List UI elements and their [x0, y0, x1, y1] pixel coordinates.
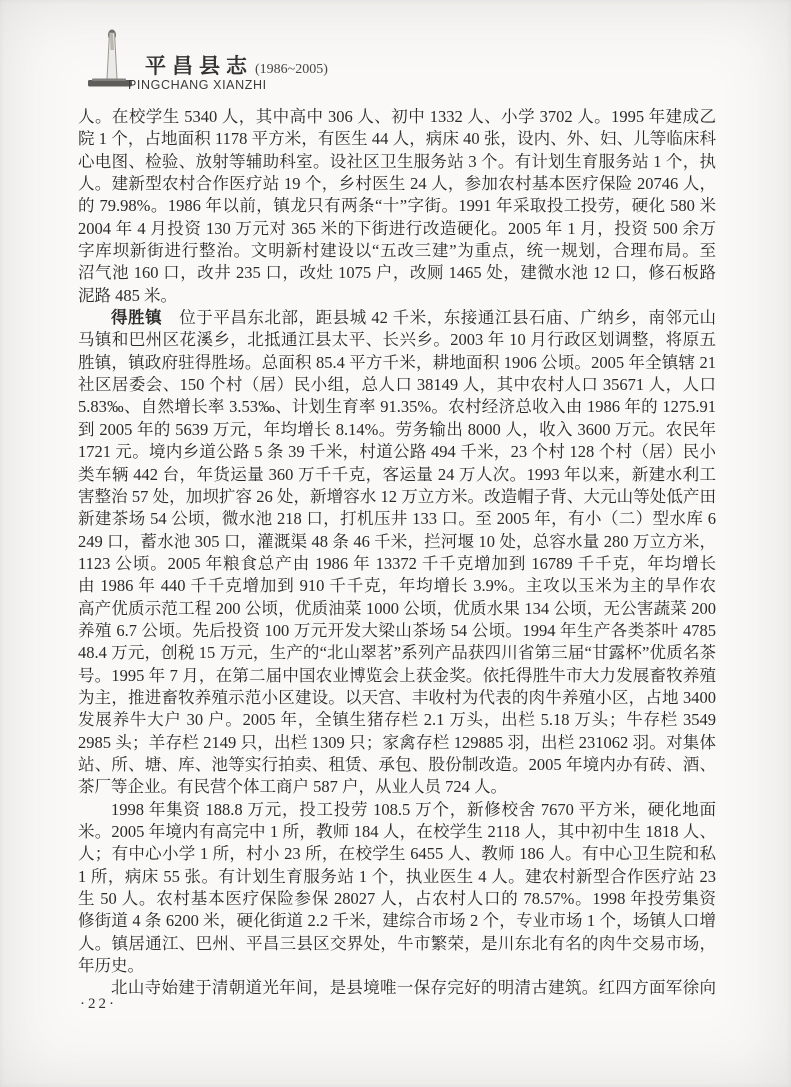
- text-line: 泥路 485 米。: [78, 285, 716, 307]
- text-line: 沼气池 160 口，改井 235 口，改灶 1075 户，改厕 1465 处，建…: [78, 262, 716, 284]
- text-line: 发展养牛大户 30 户。2005 年，全镇生猪存栏 2.1 万头，出栏 5.18…: [78, 709, 716, 731]
- text-line: 2985 头；羊存栏 2149 只，出栏 1309 只；家禽存栏 129885 …: [78, 732, 716, 754]
- text-line: 1 所，病床 55 张。有计划生育服务站 1 个，执业医生 4 人。建农村新型合…: [78, 866, 716, 888]
- paragraph-beishan-temple: 北山寺始建于清朝道光年间，是县境唯一保存完好的明清古建筑。红四方面军徐向前、李先…: [78, 977, 716, 999]
- text-line: 新建茶场 54 公顷，微水池 218 口，打机压井 133 口。至 2005 年…: [78, 508, 716, 530]
- text-line: 5.83‰、自然增长率 3.53‰、计划生育率 91.35%。农村经济总收入由 …: [78, 396, 716, 418]
- text-line: 1123 公顷。2005 年粮食总产由 1986 年 13372 千千克增加到 …: [78, 553, 716, 575]
- paragraph-construction: 1998 年集资 188.8 万元，投工投劳 108.5 万个，新修校舍 767…: [78, 799, 716, 978]
- text-line: 2004 年 4 月投资 130 万元对 365 米的下街进行改造硬化。2005…: [78, 218, 716, 240]
- text-line: 字库坝新街进行整治。文明新村建设以“五改三建”为重点，统一规划，合理布局。至 2…: [78, 240, 716, 262]
- book-subtitle-pinyin: PINGCHANG XIANZHI: [128, 78, 267, 92]
- text-line: 249 口，蓄水池 305 口，灌溉渠 48 条 46 千米，拦河堰 10 处，…: [78, 531, 716, 553]
- text-line: 的 79.98%。1986 年以前，镇龙只有两条“十”字街。1991 年采取投工…: [78, 195, 716, 217]
- book-title-row: 平昌县志(1986~2005): [145, 50, 328, 80]
- text-line: 高产优质示范工程 200 公顷，优质油菜 1000 公顷，优质水果 134 公顷…: [78, 598, 716, 620]
- text-line: 1998 年集资 188.8 万元，投工投劳 108.5 万个，新修校舍 767…: [78, 799, 716, 821]
- text-line: 人。在校学生 5340 人，其中高中 306 人、初中 1332 人、小学 37…: [78, 106, 716, 128]
- text-line: 站、所、塘、库、池等实行拍卖、租赁、承包、股份制改造。2005 年境内办有砖、酒…: [78, 754, 716, 776]
- text-line: 害整治 57 处，加坝扩容 26 处，新增容水 12 万立方米。改造帽子背、大元…: [78, 486, 716, 508]
- text-line: 马镇和巴州区花溪乡，北抵通江县太平、长兴乡。2003 年 10 月行政区划调整，…: [78, 329, 716, 351]
- text-line: 由 1986 年 440 千千克增加到 910 千千克，年均增长 3.9%。主攻…: [78, 575, 716, 597]
- scanned-book-page: 平昌县志(1986~2005) PINGCHANG XIANZHI 人。在校学生…: [0, 0, 791, 1087]
- text-line: 院 1 个，占地面积 1178 平方米，有医生 44 人，病床 40 张，设内、…: [78, 128, 716, 150]
- text-line: 生 50 人。农村基本医疗保险参保 28027 人，占农村人口的 78.57%。…: [78, 888, 716, 910]
- text-line: 号。1995 年 7 月，在第二届中国农业博览会上获金奖。依托得胜牛市大力发展畜…: [78, 665, 716, 687]
- text-line: 修街道 4 条 6200 米，硬化街道 2.2 千米，建综合市场 2 个，专业市…: [78, 910, 716, 932]
- paragraph-continuation: 人。在校学生 5340 人，其中高中 306 人、初中 1332 人、小学 37…: [78, 106, 716, 307]
- text-line: 得胜镇 位于平昌东北部，距县城 42 千米，东接通江县石庙、广纳乡，南邻元山镇，…: [78, 307, 716, 329]
- text-line: 类车辆 442 台，年货运量 360 万千千克，客运量 24 万人次。1993 …: [78, 464, 716, 486]
- text-line: 人。镇居通江、巴州、平昌三县区交界处，牛市繁荣，是川东北有名的肉牛交易市场，具有…: [78, 933, 716, 955]
- text-line: 北山寺始建于清朝道光年间，是县境唯一保存完好的明清古建筑。红四方面军徐向前、李先…: [78, 977, 716, 999]
- text-line: 养殖 6.7 公顷。先后投资 100 万元开发大梁山茶场 54 公顷。1994 …: [78, 620, 716, 642]
- text-line: 茶厂等企业。有民营个体工商户 587 户，从业人员 724 人。: [78, 776, 716, 798]
- text-line: 人；有中心小学 1 所，村小 23 所，在校学生 6455 人、教师 186 人…: [78, 843, 716, 865]
- paragraph-desheng-town: 得胜镇 位于平昌东北部，距县城 42 千米，东接通江县石庙、广纳乡，南邻元山镇，…: [78, 307, 716, 799]
- book-title: 平昌县志: [145, 54, 253, 78]
- town-name-bold: 得胜镇: [111, 308, 162, 327]
- text-line: 人。建新型农村合作医疗站 19 个，乡村医生 24 人，参加农村基本医疗保险 2…: [78, 173, 716, 195]
- text-line: 48.4 万元，创税 15 万元，生产的“北山翠茗”系列产品获四川省第三届“甘露…: [78, 642, 716, 664]
- page-body: 人。在校学生 5340 人，其中高中 306 人、初中 1332 人、小学 37…: [78, 106, 716, 1000]
- text-span: 位于平昌东北部，距县城 42 千米，东接通江县石庙、广纳乡，南邻元山镇，西连驷: [78, 308, 716, 329]
- edition-years: (1986~2005): [255, 62, 328, 77]
- text-line: 米。2005 年境内有高完中 1 所，教师 184 人，在校学生 2118 人，…: [78, 821, 716, 843]
- text-line: 胜镇，镇政府驻得胜场。总面积 85.4 平方千米，耕地面积 1906 公顷。20…: [78, 352, 716, 374]
- text-line: 社区居委会、150 个村（居）民小组，总人口 38149 人，其中农村人口 35…: [78, 374, 716, 396]
- text-line: 心电图、检验、放射等辅助科室。设社区卫生服务站 3 个。有计划生育服务站 1 个…: [78, 151, 716, 173]
- text-line: 1721 元。境内乡道公路 5 条 39 千米，村道公路 494 千米，23 个…: [78, 441, 716, 463]
- text-line: 年历史。: [78, 955, 716, 977]
- page-number: ·22·: [80, 996, 117, 1013]
- text-line: 到 2005 年的 5639 万元，年均增长 8.14%。劳务输出 8000 人…: [78, 419, 716, 441]
- book-header: 平昌县志(1986~2005) PINGCHANG XIANZHI: [0, 0, 791, 100]
- text-line: 为主，推进畜牧养殖示范小区建设。以天宫、丰收村为代表的肉牛养殖小区，占地 340…: [78, 687, 716, 709]
